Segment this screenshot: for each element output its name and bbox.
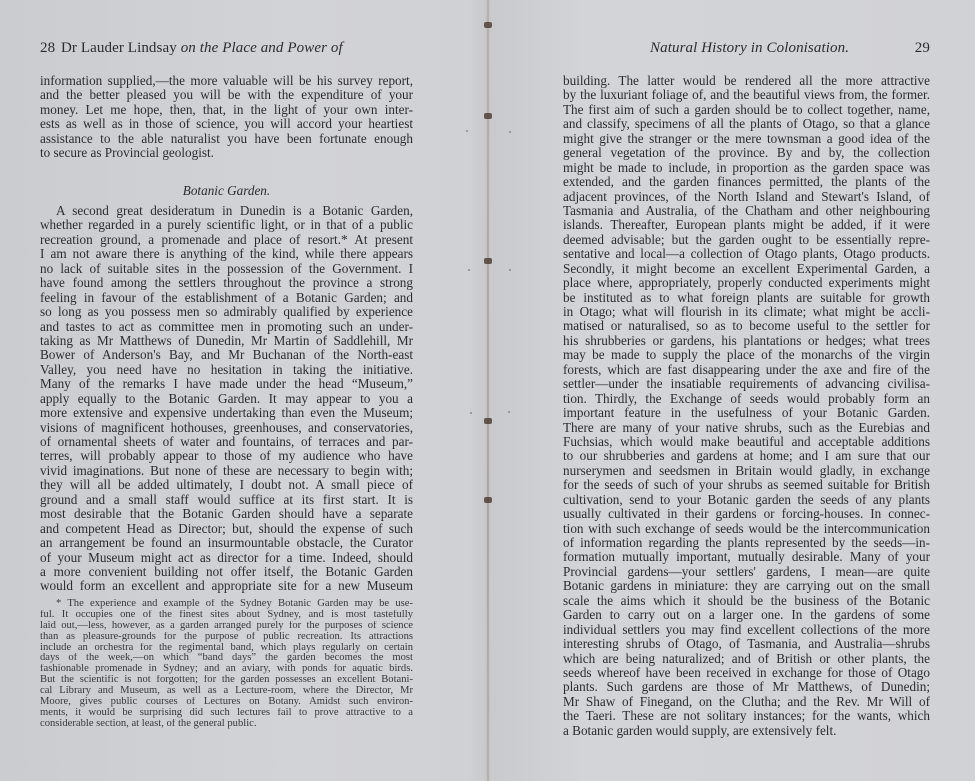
text-line: Mr Shaw of Finegand, on the Clutha; and … (563, 695, 930, 709)
text-line: more extensive and expensive undertaking… (40, 406, 413, 420)
paper-speck (509, 269, 511, 271)
text-line: and competent Head as Director; but, sho… (40, 522, 413, 536)
text-line: no lack of suitable sites in the possess… (40, 262, 413, 276)
text-line: Secondly, it might become an excellent E… (563, 262, 930, 276)
footnote-line: cal Library and Museum, as well as a Lec… (40, 686, 413, 697)
text-line: usually cultivated in their gardens or f… (563, 507, 930, 521)
text-line: The first aim of such a garden should be… (563, 103, 930, 117)
paper-speck (508, 411, 510, 413)
text-line: I am not aware there is anything of the … (40, 247, 413, 261)
text-line: a Botanic garden would supply, are exten… (563, 724, 930, 738)
text-line: assistance to the able naturalist you ha… (40, 132, 413, 146)
text-line: tion with such exchange of seeds would b… (563, 522, 930, 536)
text-line: vivid imaginations. But none of these ar… (40, 464, 413, 478)
text-line: the Taeri. These are not solitary instan… (563, 709, 930, 723)
text-line: might be made to include, in proportion … (563, 161, 930, 175)
text-line: tion. Thirdly, the Exchange of seeds wou… (563, 392, 930, 406)
text-line: recreation ground, a promenade and place… (40, 233, 413, 247)
text-line: have found among the settlers throughout… (40, 276, 413, 290)
text-line: Botanic gardens in miniature: they are c… (563, 579, 930, 593)
text-line: which are being naturalized; and of Brit… (563, 652, 930, 666)
page-number: 29 (915, 40, 930, 57)
text-line: of information regarding the plants repr… (563, 536, 930, 550)
paragraph: information supplied,—the more valuable … (40, 74, 413, 161)
text-line: to our shrubberies and gardens at home; … (563, 449, 930, 463)
binding-stitch (484, 418, 492, 424)
text-line: deemed advisable; but the garden ought t… (563, 233, 930, 247)
footnote-line: But the scientific is not forgotten; for… (40, 675, 413, 686)
text-line: sentative and local—a collection of Otag… (563, 247, 930, 261)
text-line: his shrubberies or gardens, his plantati… (563, 334, 930, 348)
section-heading: Botanic Garden. (40, 183, 413, 199)
binding-stitch (484, 497, 492, 503)
paper-speck (466, 130, 468, 132)
text-line: Bower of Anderson's Bay, and Mr Buchanan… (40, 348, 413, 362)
paragraph: A second great desideratum in Dunedin is… (40, 204, 413, 594)
footnote-line: ful. It occupies one of the finest sites… (40, 610, 413, 621)
text-line: cultivation, send to your Botanic garden… (563, 493, 930, 507)
text-line: There are many of your native shrubs, su… (563, 421, 930, 435)
text-line: whether regarded in a purely scientific … (40, 218, 413, 232)
text-line: Garden to carry out on a larger one. In … (563, 608, 930, 622)
binding-stitch (484, 258, 492, 264)
binding-stitch (484, 113, 492, 119)
text-line: money. Let me hope, then, that, in the l… (40, 103, 413, 117)
footnote: * The experience and example of the Sydn… (40, 599, 413, 730)
text-line: may be made to supply the place of the m… (563, 348, 930, 362)
text-line: important feature in the usefulness of y… (563, 406, 930, 420)
text-line: islands. Thereafter, European plants mig… (563, 218, 930, 232)
text-line: so long as you possess men so admirably … (40, 305, 413, 319)
footnote-line: ments, it would be surprising did such l… (40, 708, 413, 719)
text-line: individual settlers you may find excelle… (563, 623, 930, 637)
binding-stitch (484, 22, 492, 28)
running-title-roman: Dr Lauder Lindsay (61, 40, 181, 56)
footnote-line: days of the week,—on which “band days” t… (40, 653, 413, 664)
text-line: plants. Such gardens are those of Mr Mat… (563, 680, 930, 694)
text-line: might give the stranger or the mere town… (563, 132, 930, 146)
book-spread: 28 Dr Lauder Lindsay on the Place and Po… (0, 0, 975, 781)
text-line: adjacent provinces, of the North Island … (563, 190, 930, 204)
text-line: apply equally to the Botanic Garden. It … (40, 392, 413, 406)
footnote-line: Moore, gives public courses of Lectures … (40, 697, 413, 708)
text-line: ground and a small staff would suffice a… (40, 493, 413, 507)
paper-speck (468, 269, 470, 271)
footnote-line: than as pleasure-grounds for the purpose… (40, 632, 413, 643)
page-number: 28 (40, 40, 55, 57)
running-head: Natural History in Colonisation. 29 (563, 40, 930, 62)
text-line: Many of the remarks I have made under th… (40, 377, 413, 391)
text-line: would form an excellent and appropriate … (40, 579, 413, 593)
text-line: information supplied,—the more valuable … (40, 74, 413, 88)
text-line: A second great desideratum in Dunedin is… (40, 204, 413, 218)
text-line: building. The latter would be rendered a… (563, 74, 930, 88)
text-line: feeling in favour of the establishment o… (40, 291, 413, 305)
text-line: most desirable that the Botanic Garden s… (40, 507, 413, 521)
paper-speck (470, 412, 472, 414)
text-line: a more convenient building not offer its… (40, 565, 413, 579)
footnote-line: considerable section, at least, of the g… (40, 719, 413, 730)
text-line: for the seeds of such of your shrubs as … (563, 478, 930, 492)
text-line: seeds whereof have been received in exch… (563, 666, 930, 680)
text-line: interesting shrubs of Otago, of Tasmania… (563, 637, 930, 651)
text-line: of ornamental sheets of water and founta… (40, 435, 413, 449)
running-title: Natural History in Colonisation. (650, 40, 849, 57)
footnote-line: fashionable promenade in Sydney; and an … (40, 664, 413, 675)
text-line: place where, appropriately, properly con… (563, 276, 930, 290)
text-line: nurserymen and seedsmen in Britain would… (563, 464, 930, 478)
footnote-line: include an orchestra for the regimental … (40, 643, 413, 654)
text-line: forests, which are fast disappearing und… (563, 363, 930, 377)
paper-speck (509, 131, 511, 133)
text-line: scale the aims which it should be the bu… (563, 594, 930, 608)
text-line: Valley, you need have no hesitation in t… (40, 363, 413, 377)
text-line: Provincial gardens—your settlers' garden… (563, 565, 930, 579)
text-line: and the better pleased you will be with … (40, 88, 413, 102)
text-line: in Otago; what will flourish in its clim… (563, 305, 930, 319)
footnote-line: laid out,—less, however, as a garden arr… (40, 621, 413, 632)
text-line: Tasmania and Australia, of the Chatham a… (563, 204, 930, 218)
text-line: taking as Mr Matthews of Dunedin, Mr Mar… (40, 334, 413, 348)
running-title: Dr Lauder Lindsay on the Place and Power… (61, 40, 343, 57)
text-line: visions of magnificent hothouses, greenh… (40, 421, 413, 435)
text-line: ests as well as in those of science, you… (40, 117, 413, 131)
text-line: Fuchsias, which would make beautiful and… (563, 435, 930, 449)
text-line: general vegetation of the province. By a… (563, 146, 930, 160)
text-line: settler—under the insatiable requirement… (563, 377, 930, 391)
text-line: and tastes to act as committee men in pr… (40, 320, 413, 334)
running-head: 28 Dr Lauder Lindsay on the Place and Po… (40, 40, 413, 62)
text-line: be instituted as to what foreign plants … (563, 291, 930, 305)
text-line: to secure as Provincial geologist. (40, 146, 413, 160)
paragraph: building. The latter would be rendered a… (563, 74, 930, 738)
footnote-line: * The experience and example of the Sydn… (40, 599, 413, 610)
text-line: formation mutually important, mutually d… (563, 550, 930, 564)
text-line: and classify, specimens of all the plant… (563, 117, 930, 131)
text-line: extended, and the garden finances permit… (563, 175, 930, 189)
text-line: matised or naturalised, so as to become … (563, 319, 930, 333)
text-line: by the luxuriant foliage of, and the bea… (563, 88, 930, 102)
text-line: they will all be added ultimately, I dou… (40, 478, 413, 492)
text-line: of your Museum might act as director for… (40, 551, 413, 565)
running-title-italic: on the Place and Power of (181, 40, 343, 56)
text-line: an arrangement be found an insurmountabl… (40, 536, 413, 550)
text-line: terres, will probably appear to those of… (40, 449, 413, 463)
